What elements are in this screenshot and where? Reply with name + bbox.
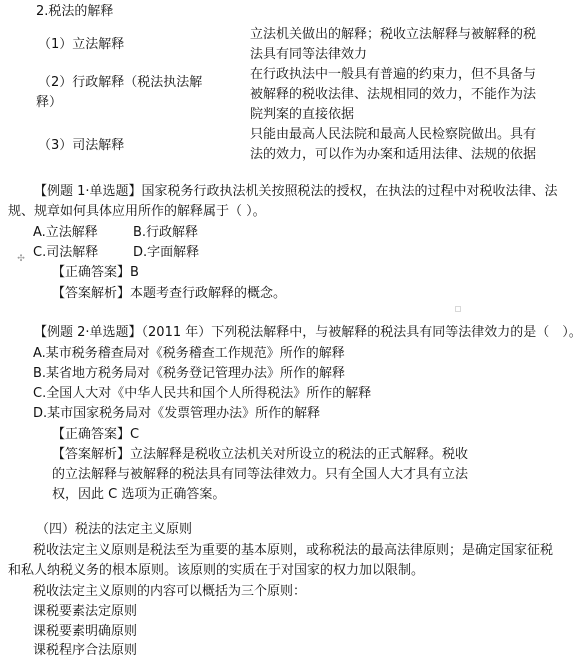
principle-item: 课税程序合法原则 [33,641,137,659]
option-b: B.某省地方税务局对《税务登记管理办法》所作的解释 [33,364,345,383]
row-label: （3）司法解释 [38,136,124,155]
option-c: C.司法解释 [33,243,98,262]
principle-item: 课税要素法定原则 [33,602,137,621]
section-heading: 2.税法的解释 [36,2,113,21]
answer-analysis: 【答案解析】本题考查行政解释的概念。 [52,284,286,303]
move-anchor-icon[interactable]: ✣ [16,254,26,264]
row-label-cont: 释） [36,93,62,112]
row-label: （1）立法解释 [38,35,124,54]
row-desc-line: 立法机关做出的解释；税收立法解释与被解释的税 [250,25,536,44]
principle-intro: 税收法定主义原则的内容可以概括为三个原则： [33,582,306,601]
faint-marker-icon [455,306,461,312]
row-desc-line: 只能由最高人民法院和最高人民检察院做出。具有 [250,125,536,144]
option-c: C.全国人大对《中华人民共和国个人所得税法》所作的解释 [33,384,371,403]
row-desc-line: 院判案的直接依据 [250,105,354,124]
option-d: D.某市国家税务局对《发票管理办法》所作的解释 [33,404,320,423]
row-desc-line: 法的效力，可以作为办案和适用法律、法规的依据 [250,145,536,164]
example-1-question: 【例题 1·单选题】国家税务行政执法机关按照税法的授权，在执法的过程中对税收法律… [34,182,558,201]
row-desc-line: 被解释的税收法律、法规相同的效力，不能作为法 [250,85,536,104]
answer-analysis: 【答案解析】立法解释是税收立法机关对所设立的税法的正式解释。税收 [52,445,468,464]
principle-paragraph: 税收法定主义原则是税法至为重要的基本原则，或称税法的最高法律原则；是确定国家征税 [33,541,553,560]
example-1-question-cont: 规、规章如何具体应用所作的解释属于（ ）。 [8,202,266,221]
principle-paragraph-cont: 和私人纳税义务的根本原则。该原则的实质在于对国家的权力加以限制。 [8,561,424,580]
row-desc-line: 在行政执法中一般具有普遍的约束力，但不具备与 [250,65,536,84]
option-b: B.行政解释 [133,223,198,242]
row-desc-line: 法具有同等法律效力 [250,45,367,64]
principle-item: 课税要素明确原则 [33,622,137,641]
example-2-question: 【例题 2·单选题】（2011 年）下列税法解释中，与被解释的税法具有同等法律效… [34,323,580,342]
answer-analysis-cont: 的立法解释与被解释的税法具有同等法律效力。只有全国人大才具有立法 [52,465,468,484]
option-d: D.字面解释 [133,243,199,262]
option-a: A.某市税务稽查局对《税务稽查工作规范》所作的解释 [33,344,345,363]
principle-heading: （四）税法的法定主义原则 [36,520,192,539]
answer-analysis-cont: 权，因此 C 选项为正确答案。 [52,485,225,504]
option-a: A.立法解释 [33,223,98,242]
row-label: （2）行政解释（税法执法解 [38,73,202,92]
correct-answer: 【正确答案】C [52,425,139,444]
correct-answer: 【正确答案】B [52,263,139,282]
